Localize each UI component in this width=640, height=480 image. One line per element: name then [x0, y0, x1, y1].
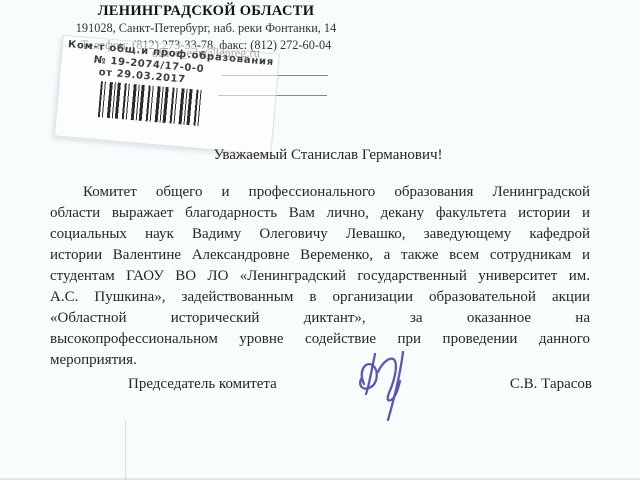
- body-line: студентам ГАОУ ВО ЛО «Ленинградский госу…: [50, 266, 590, 287]
- body-line: А.С. Пушкина», задействованным в организ…: [50, 287, 590, 308]
- letter-body: Комитет общего и профессионального образ…: [50, 182, 590, 371]
- signer-position: Председатель комитета: [128, 376, 277, 393]
- organization-name: ЛЕНИНГРАДСКОЙ ОБЛАСТИ: [0, 2, 412, 20]
- handwritten-signature: [345, 340, 435, 428]
- body-line: Комитет общего и профессионального образ…: [50, 182, 590, 203]
- letterhead-address: 191028, Санкт-Петербург, наб. реки Фонта…: [0, 21, 412, 37]
- salutation: Уважаемый Станислав Германович!: [50, 147, 606, 164]
- body-line: «Областной исторический диктант», за ока…: [50, 308, 590, 329]
- scan-seam: [125, 420, 126, 480]
- body-line: области выражает благодарность Вам лично…: [50, 203, 590, 224]
- body-line: мероприятия.: [50, 350, 590, 371]
- registration-stamp: Ком-т общ.и проф.образования № 19-2074/1…: [54, 35, 280, 156]
- barcode: [98, 81, 203, 126]
- body-line: социальных наук Вадиму Олеговичу Левашко…: [50, 224, 590, 245]
- body-line: высокопрофессиональном уровне содействие…: [50, 329, 590, 350]
- body-line: истории Валентине Александровне Веременк…: [50, 245, 590, 266]
- signer-name: С.В. Тарасов: [510, 376, 592, 393]
- scanned-letter-page: ЛЕНИНГРАДСКОЙ ОБЛАСТИ 191028, Санкт-Пете…: [0, 0, 640, 480]
